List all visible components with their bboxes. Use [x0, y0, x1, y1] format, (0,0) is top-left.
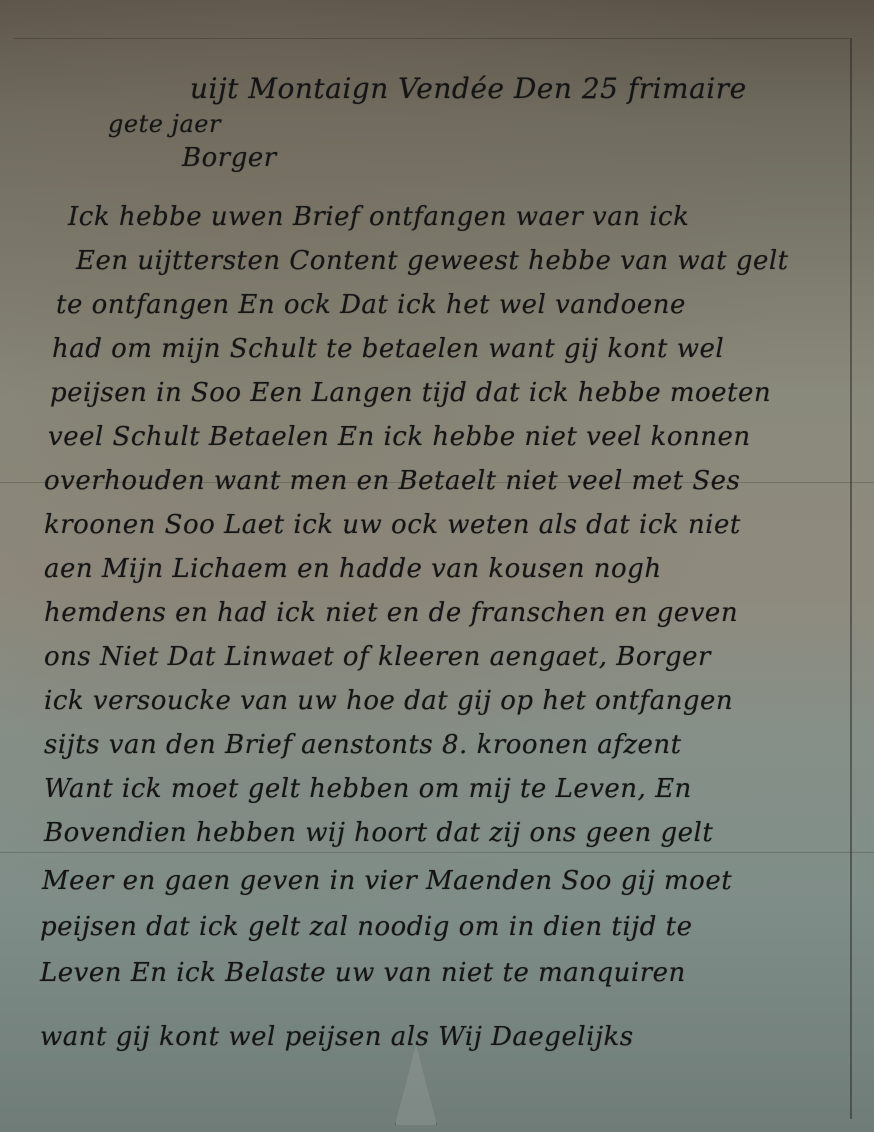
letter-line: Bovendien hebben wij hoort dat zij ons g…: [44, 818, 713, 848]
letter-line: te ontfangen En ock Dat ick het wel vand…: [56, 290, 686, 320]
letter-line: ons Niet Dat Linwaet of kleeren aengaet,…: [44, 642, 711, 672]
letter-line: Meer en gaen geven in vier Maenden Soo g…: [42, 866, 732, 896]
fold-line: [0, 852, 874, 853]
letter-line: kroonen Soo Laet ick uw ock weten als da…: [44, 510, 741, 540]
letter-line: want gij kont wel peijsen als Wij Daegel…: [40, 1022, 634, 1052]
letter-line: sijts van den Brief aenstonts 8. kroonen…: [44, 730, 682, 760]
letter-line: peijsen dat ick gelt zal noodig om in di…: [40, 912, 692, 942]
letter-line: Want ick moet gelt hebben om mij te Leve…: [44, 774, 692, 804]
letter-year: gete jaer: [108, 110, 221, 138]
letter-line: had om mijn Schult te betaelen want gij …: [52, 334, 724, 364]
letter-place-date: uijt Montaign Vendée Den 25 frimaire: [190, 72, 747, 105]
letter-line: Leven En ick Belaste uw van niet te manq…: [40, 958, 686, 988]
letter-line: ick versoucke van uw hoe dat gij op het …: [44, 686, 733, 716]
letter-salutation: Borger: [182, 143, 277, 173]
letter-line: peijsen in Soo Een Langen tijd dat ick h…: [50, 378, 771, 408]
letter-line: hemdens en had ick niet en de franschen …: [44, 598, 738, 628]
letter-line: Een uijttersten Content geweest hebbe va…: [76, 246, 789, 276]
letter-line: Ick hebbe uwen Brief ontfangen waer van …: [68, 202, 689, 232]
letter-line: aen Mijn Lichaem en hadde van kousen nog…: [44, 554, 662, 584]
scanned-letter-page: uijt Montaign Vendée Den 25 frimaire get…: [0, 0, 874, 1132]
letter-line: overhouden want men en Betaelt niet veel…: [44, 466, 740, 496]
letter-line: veel Schult Betaelen En ick hebbe niet v…: [48, 422, 751, 452]
